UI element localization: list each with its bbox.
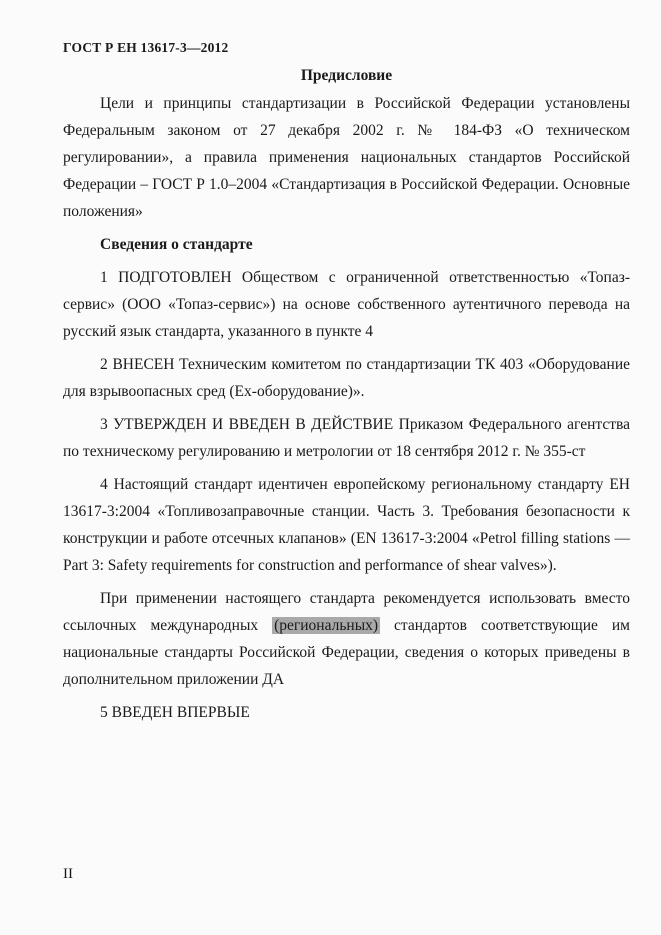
paragraph-item-2: 2 ВНЕСЕН Техническим комитетом по станда… (63, 351, 630, 405)
paragraph-intro: Цели и принципы стандартизации в Российс… (63, 90, 630, 225)
paragraph-item-4: 4 Настоящий стандарт идентичен европейск… (63, 471, 630, 579)
highlighted-term: (региональных) (272, 617, 380, 634)
paragraph-item-5: 5 ВВЕДЕН ВПЕРВЫЕ (63, 699, 630, 726)
document-page: ГОСТ Р ЕН 13617-3—2012 Предисловие Цели … (0, 0, 661, 935)
paragraph-item-3: 3 УТВЕРЖДЕН И ВВЕДЕН В ДЕЙСТВИЕ Приказом… (63, 411, 630, 465)
paragraph-recommendation: При применении настоящего стандарта реко… (63, 585, 630, 693)
section-title: Предисловие (63, 66, 630, 86)
doc-code: ГОСТ Р ЕН 13617-3—2012 (63, 40, 630, 56)
paragraph-item-1: 1 ПОДГОТОВЛЕН Обществом с ограниченной о… (63, 264, 630, 345)
info-heading: Сведения о стандарте (63, 231, 630, 258)
page-number: II (63, 862, 73, 886)
